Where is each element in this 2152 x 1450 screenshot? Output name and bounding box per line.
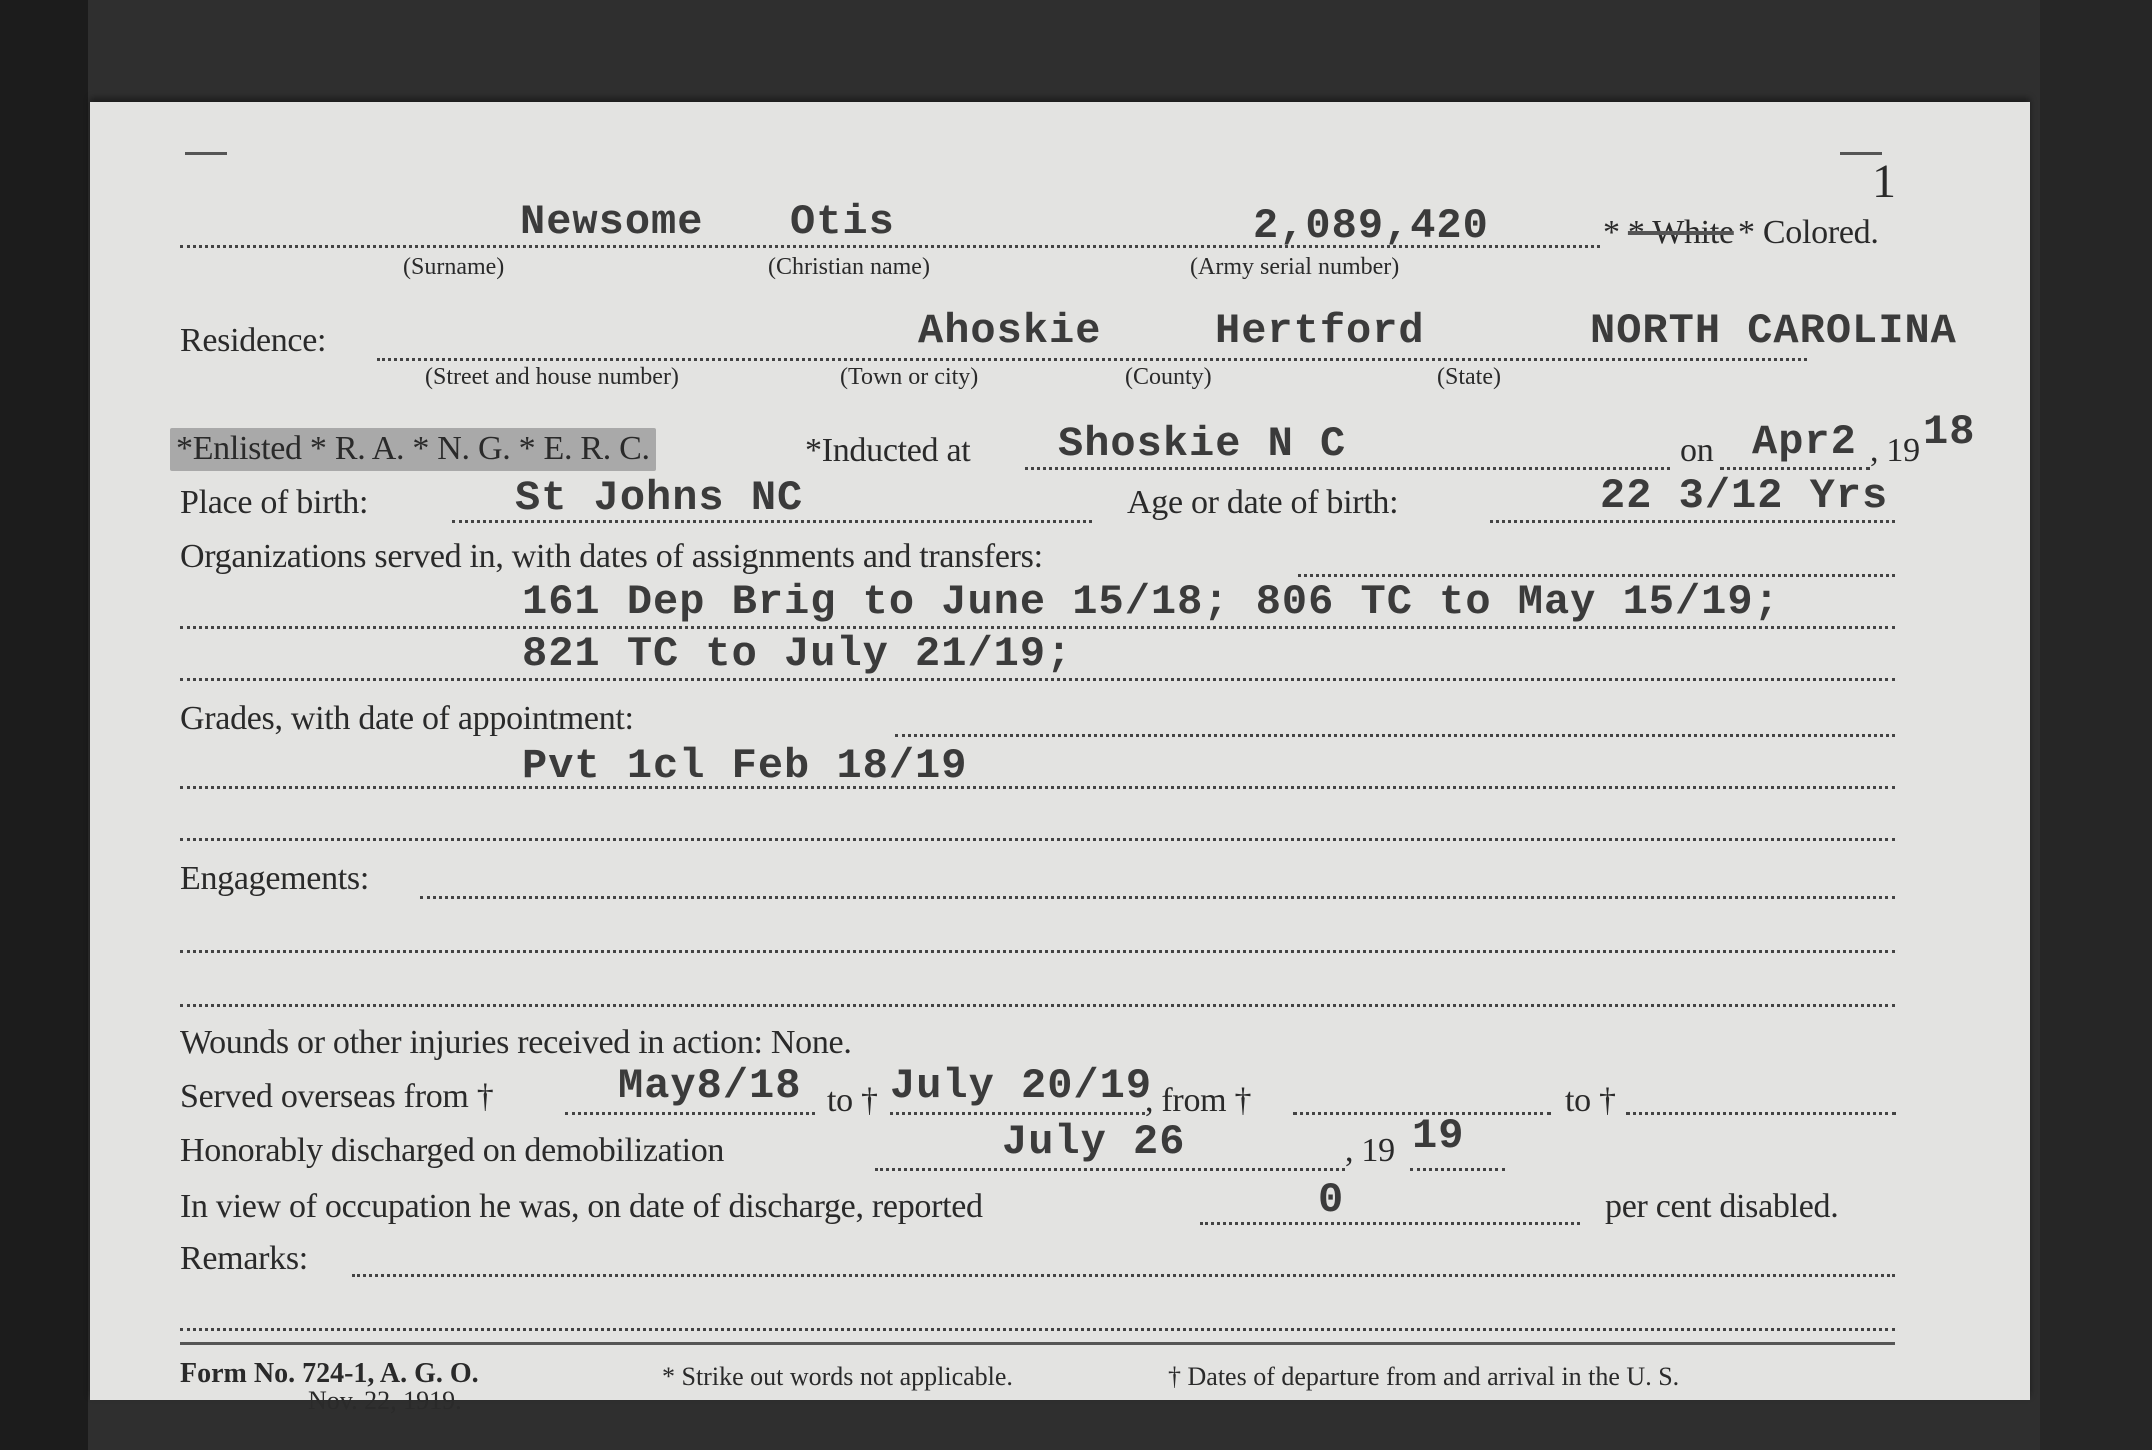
discharge-label: Honorably discharged on demobilization (180, 1132, 724, 1170)
overseas-from2-label: , from † (1145, 1082, 1251, 1120)
organizations-entry: 161 Dep Brig to June 15/18; 806 TC to Ma… (522, 578, 1780, 626)
residence-line (377, 358, 1807, 361)
caption-surname: (Surname) (403, 254, 504, 281)
engagements-line-0 (420, 896, 1895, 899)
discharge-year-prefix: , 19 (1345, 1132, 1395, 1170)
overseas-to-label: to † (827, 1082, 878, 1120)
birthplace-value: St Johns NC (515, 474, 803, 522)
organizations-line-0 (1298, 574, 1895, 577)
birthplace-label: Place of birth: (180, 484, 368, 522)
overseas-from-line (565, 1112, 815, 1115)
scan-background-right (2040, 0, 2152, 1450)
footnote-strike-out: * Strike out words not applicable. (662, 1362, 1013, 1392)
residence-state-value: NORTH CAROLINA (1590, 307, 1957, 355)
grades-line-0 (895, 734, 1895, 737)
organizations-line-1 (180, 626, 1895, 629)
footnote-dates: † Dates of departure from and arrival in… (1168, 1362, 1679, 1392)
discharge-date-line (875, 1168, 1345, 1171)
organizations-line-2 (180, 678, 1895, 681)
induction-on-label: on (1680, 432, 1713, 470)
induction-date-value: Apr2 (1752, 418, 1857, 466)
grades-line-1 (180, 786, 1895, 789)
induction-date-line (1720, 467, 1870, 470)
residence-label: Residence: (180, 322, 326, 360)
overseas-to-line (890, 1112, 1145, 1115)
residence-county-value: Hertford (1215, 307, 1425, 355)
christian-name-value: Otis (790, 198, 895, 246)
overseas-from-value: May8/18 (618, 1062, 801, 1110)
disability-suffix: per cent disabled. (1605, 1188, 1838, 1226)
discharge-year-line (1410, 1168, 1505, 1171)
remarks-label: Remarks: (180, 1240, 308, 1278)
disability-label: In view of occupation he was, on date of… (180, 1188, 983, 1226)
overseas-to2-line (1626, 1112, 1896, 1115)
induction-year-value: 18 (1923, 408, 1975, 456)
grades-label: Grades, with date of appointment: (180, 700, 634, 738)
caption-town: (Town or city) (840, 364, 978, 391)
organizations-label: Organizations served in, with dates of a… (180, 538, 1043, 576)
discharge-date-value: July 26 (1002, 1118, 1185, 1166)
race-colored-option: * Colored. (1738, 214, 1879, 252)
grades-entry: Pvt 1cl Feb 18/19 (522, 742, 967, 790)
age-value: 22 3/12 Yrs (1600, 472, 1888, 520)
organizations-entry: 821 TC to July 21/19; (522, 630, 1072, 678)
serial-number-value: 2,089,420 (1253, 202, 1489, 250)
wounds-value: None. (771, 1024, 852, 1061)
inducted-at-label: *Inducted at (805, 432, 970, 470)
footer-rule (180, 1342, 1895, 1345)
disability-line (1200, 1222, 1580, 1225)
overseas-label: Served overseas from † (180, 1078, 493, 1116)
race-white-option: * * White (1603, 214, 1734, 252)
wounds-label: Wounds or other injuries received in act… (180, 1024, 763, 1061)
engagements-line-2 (180, 1004, 1895, 1007)
residence-town-value: Ahoskie (918, 307, 1101, 355)
age-line (1490, 520, 1895, 523)
disability-percent-value: 0 (1318, 1176, 1344, 1224)
induction-year-prefix: , 19 (1870, 432, 1920, 470)
discharge-year-value: 19 (1412, 1112, 1464, 1160)
caption-street: (Street and house number) (425, 364, 679, 391)
inducted-at-value: Shoskie N C (1058, 420, 1346, 468)
overseas-to2-label: to † (1565, 1082, 1616, 1120)
remarks-line-0 (352, 1274, 1895, 1277)
overseas-to-value: July 20/19 (890, 1062, 1152, 1110)
remarks-line-1 (180, 1328, 1895, 1331)
card-number: 1 (1872, 154, 1896, 209)
enlistment-options-struck: *Enlisted * R. A. * N. G. * E. R. C. (170, 430, 656, 468)
grades-line-2 (180, 838, 1895, 841)
scan-background-left (0, 0, 88, 1450)
form-date: Nov. 22, 1919. (308, 1386, 462, 1416)
wounds-row: Wounds or other injuries received in act… (180, 1024, 852, 1062)
caption-state: (State) (1437, 364, 1501, 391)
corner-mark-left (185, 152, 227, 155)
surname-value: Newsome (520, 198, 703, 246)
engagements-label: Engagements: (180, 860, 369, 898)
caption-county: (County) (1125, 364, 1212, 391)
name-line (180, 245, 1600, 248)
caption-serial-number: (Army serial number) (1190, 254, 1399, 281)
service-record-card: 1 Newsome Otis 2,089,420 * * White * Col… (90, 102, 2030, 1400)
caption-christian-name: (Christian name) (768, 254, 930, 281)
engagements-line-1 (180, 950, 1895, 953)
age-label: Age or date of birth: (1127, 484, 1398, 522)
